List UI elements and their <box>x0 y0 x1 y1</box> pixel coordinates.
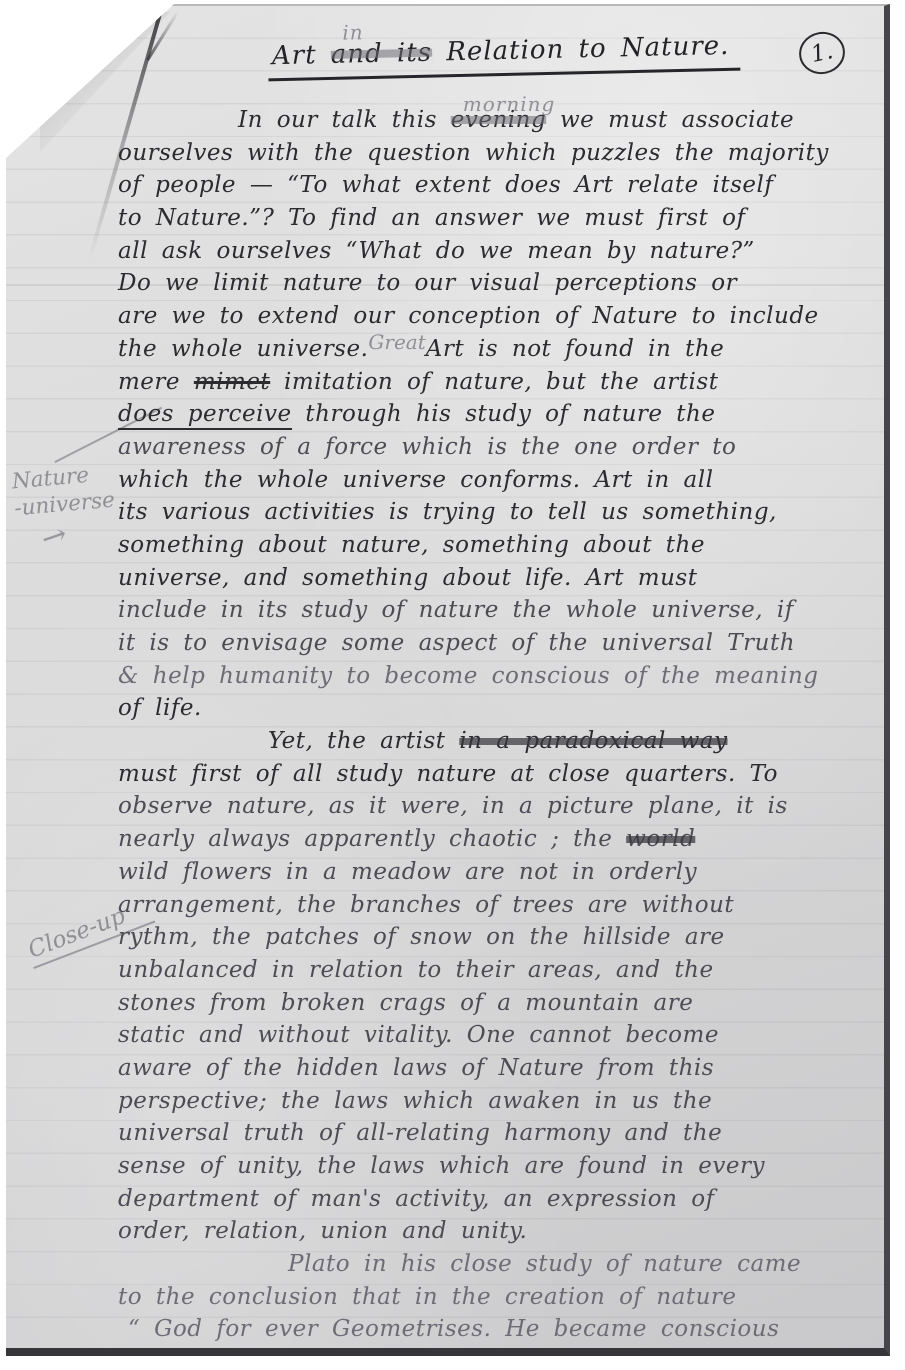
handwriting-segment: include in its study of nature the whole… <box>118 597 794 623</box>
manuscript-line: sense of unity, the laws which are found… <box>118 1150 880 1183</box>
manuscript-line: of people — “To what extent does Art rel… <box>118 169 880 202</box>
manuscript-line: In our talk this eveningmorning we must … <box>238 104 880 137</box>
handwriting-segment: Do we limit nature to our visual percept… <box>118 270 737 296</box>
manuscript-line: awareness of a force which is the one or… <box>118 431 880 464</box>
manuscript-line: mere mimet imitation of nature, but the … <box>118 366 880 399</box>
pencil-insertion: in <box>342 20 364 44</box>
manuscript-line: include in its study of nature the whole… <box>118 594 880 627</box>
handwriting-segment: Plato in his close study of nature came <box>288 1251 801 1277</box>
manuscript-line: ourselves with the question which puzzle… <box>118 137 880 170</box>
manuscript-line: its various activities is trying to tell… <box>118 496 880 529</box>
manuscript-line: order, relation, union and unity. <box>118 1215 880 1248</box>
handwriting-segment: which the whole universe conforms. Art i… <box>118 467 713 493</box>
handwriting-segment: static and without vitality. One cannot … <box>118 1022 719 1048</box>
handwriting-segment: & help humanity to become conscious of t… <box>118 663 819 689</box>
manuscript-line: department of man's activity, an express… <box>118 1183 880 1216</box>
manuscript-line: to Nature.”? To find an answer we must f… <box>118 202 880 235</box>
handwriting-segment: world <box>626 826 695 852</box>
handwriting-segment: arrangement, the branches of trees are w… <box>118 892 734 918</box>
handwriting-segment: unbalanced in relation to their areas, a… <box>118 957 714 983</box>
handwriting-segment: Yet, the artist <box>268 728 459 754</box>
handwriting-segment: wild flowers in a meadow are not in orde… <box>118 859 697 885</box>
pencil-insertion: morning <box>463 88 556 121</box>
handwriting-segment: it is to envisage some aspect of the uni… <box>118 630 795 656</box>
handwriting-segment: Great <box>368 330 425 354</box>
manuscript-line: universal truth of all-relating harmony … <box>118 1117 880 1150</box>
manuscript-line: which the whole universe conforms. Art i… <box>118 464 880 497</box>
manuscript-line: the whole universe.GreatArt is not found… <box>118 333 880 366</box>
manuscript-line: & help humanity to become conscious of t… <box>118 660 880 693</box>
handwriting-segment: Art is not found in the <box>426 336 725 362</box>
handwriting-segment: Art <box>272 40 332 71</box>
handwriting-segment: department of man's activity, an express… <box>118 1186 715 1212</box>
margin-note-line: Close-up <box>25 903 129 964</box>
handwriting-segment: are we to extend our conception of Natur… <box>118 303 819 329</box>
manuscript-line: to the conclusion that in the creation o… <box>118 1281 880 1314</box>
handwriting-segment: the whole universe. <box>118 336 368 362</box>
manuscript-line: all ask ourselves “What do we mean by na… <box>118 235 880 268</box>
handwriting-segment: universe, and something about life. Art … <box>118 565 697 591</box>
handwriting-segment: of people — “To what extent does Art rel… <box>118 172 773 198</box>
handwriting-segment: nearly always apparently chaotic ; the <box>118 826 626 852</box>
manuscript-line: universe, and something about life. Art … <box>118 562 880 595</box>
manuscript-line: something about nature, something about … <box>118 529 880 562</box>
handwriting-segment: ourselves with the question which puzzle… <box>118 140 829 166</box>
handwriting-segment: does perceive <box>118 401 292 430</box>
manuscript-body: In our talk this eveningmorning we must … <box>118 104 880 1346</box>
manuscript-line: Yet, the artist in a paradoxical way <box>268 725 880 758</box>
handwriting-segment: Relation to Nature. <box>432 31 730 68</box>
handwriting-segment: eveningmorning <box>451 107 546 133</box>
manuscript-line: static and without vitality. One cannot … <box>118 1019 880 1052</box>
handwriting-segment: sense of unity, the laws which are found… <box>118 1153 765 1179</box>
manuscript-line: Do we limit nature to our visual percept… <box>118 267 880 300</box>
manuscript-line: “ God for ever Geometrises. He became co… <box>128 1313 880 1346</box>
manuscript-line: unbalanced in relation to their areas, a… <box>118 954 880 987</box>
handwriting-segment: aware of the hidden laws of Nature from … <box>118 1055 714 1081</box>
manuscript-line: arrangement, the branches of trees are w… <box>118 889 880 922</box>
page-number-badge: 1. <box>795 28 849 79</box>
manuscript-line: are we to extend our conception of Natur… <box>118 300 880 333</box>
handwriting-segment: observe nature, as it were, in a picture… <box>118 793 788 819</box>
handwriting-segment: all ask ourselves “What do we mean by na… <box>118 238 755 264</box>
handwriting-segment: mimet <box>194 369 270 395</box>
manuscript-line: nearly always apparently chaotic ; the w… <box>118 823 880 856</box>
manuscript-line: Plato in his close study of nature came <box>288 1248 880 1281</box>
handwriting-segment: In our talk this <box>238 107 451 133</box>
manuscript-line: wild flowers in a meadow are not in orde… <box>118 856 880 889</box>
manuscript-line: does perceive through his study of natur… <box>118 398 880 431</box>
manuscript-line: stones from broken crags of a mountain a… <box>118 987 880 1020</box>
manuscript-line: aware of the hidden laws of Nature from … <box>118 1052 880 1085</box>
handwriting-segment: to Nature.”? To find an answer we must f… <box>118 205 745 231</box>
handwriting-segment: to the conclusion that in the creation o… <box>118 1284 737 1310</box>
page-number-text: 1. <box>809 38 836 68</box>
handwriting-segment: perspective; the laws which awaken in us… <box>118 1088 712 1114</box>
handwriting-segment: and itsin <box>331 38 433 70</box>
manuscript-line: observe nature, as it were, in a picture… <box>118 790 880 823</box>
manuscript-line: must first of all study nature at close … <box>118 758 880 791</box>
handwriting-segment: through his study of nature the <box>292 401 716 427</box>
manuscript-line: rythm, the patches of snow on the hillsi… <box>118 921 880 954</box>
handwriting-segment: order, relation, union and unity. <box>118 1218 527 1244</box>
handwriting-segment: in a paradoxical way <box>459 728 727 754</box>
handwriting-segment: must first of all study nature at close … <box>118 761 778 787</box>
margin-note-nature-universe: Nature -universe → <box>11 460 118 544</box>
handwriting-segment: imitation of nature, but the artist <box>270 369 718 395</box>
handwriting-segment: of life. <box>118 695 202 721</box>
manuscript-line: it is to envisage some aspect of the uni… <box>118 627 880 660</box>
manuscript-line: perspective; the laws which awaken in us… <box>118 1085 880 1118</box>
handwriting-segment: rythm, the patches of snow on the hillsi… <box>118 924 725 950</box>
handwriting-segment: mere <box>118 369 194 395</box>
handwriting-segment: we must associate <box>546 107 794 133</box>
page-title: Art and itsin Relation to Nature. <box>268 31 740 82</box>
handwriting-segment: stones from broken crags of a mountain a… <box>118 990 693 1016</box>
handwriting-segment: something about nature, something about … <box>118 532 705 558</box>
handwriting-segment: “ God for ever Geometrises. He became co… <box>128 1316 779 1342</box>
manuscript-line: of life. <box>118 692 880 725</box>
handwriting-segment: its various activities is trying to tell… <box>118 499 777 525</box>
manuscript-page: Art and itsin Relation to Nature. 1. Nat… <box>6 4 890 1356</box>
handwriting-segment: universal truth of all-relating harmony … <box>118 1120 722 1146</box>
handwriting-segment: awareness of a force which is the one or… <box>118 434 736 460</box>
